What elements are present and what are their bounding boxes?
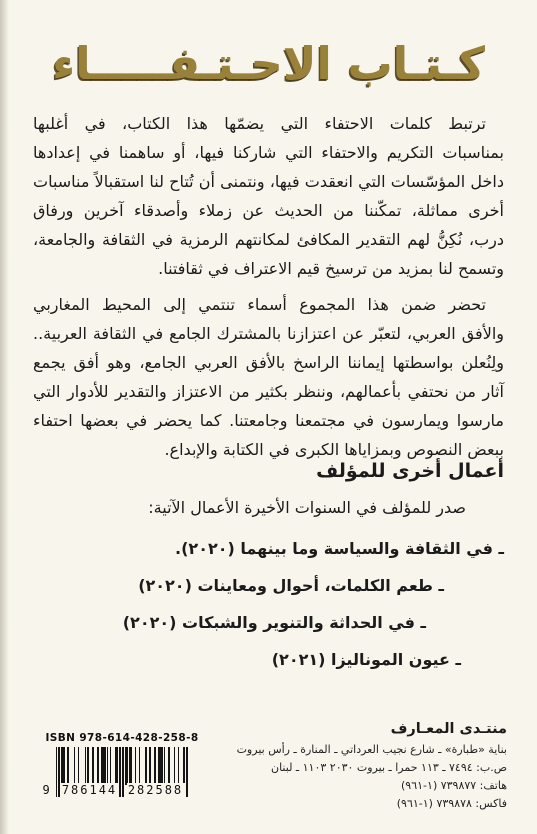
other-work-item: ـ في الثقافة والسياسة وما بينهما (٢٠٢٠).	[33, 537, 504, 560]
isbn-label: ISBN 978-614-428-258-8	[36, 732, 208, 744]
barcode-digit-group2: 282588	[127, 783, 185, 797]
description-line: آثار من نحتفي بأعمالهم، وننظر بكثير من ا…	[33, 377, 504, 406]
publisher-address-line1: بناية «طبارة» ـ شارع نجيب العرداتي ـ الم…	[233, 741, 507, 759]
publisher-fax: فاكس: ٧٣٩٨٧٨ (١-٩٦١)	[233, 795, 507, 813]
publisher-address-line2: ص.ب: ٧٤٩٤ ـ ١١٣ حمرا ـ بيروت ٢٠٣٠ ١١٠٣ ـ…	[233, 759, 507, 777]
description-line: ولِنُعلن بواسطتها إيماننا الراسخ بالأفق …	[33, 348, 504, 377]
description-line: داخل المؤسّسات التي انعقدت فيها، ونتمنى …	[33, 167, 504, 196]
description-line: بمناسبات التكريم والاحتفاء التي شاركنا ف…	[33, 138, 504, 167]
other-work-item: ـ في الحداثة والتنوير والشبكات (٢٠٢٠)	[33, 611, 426, 634]
publisher-phone: هاتف: ٧٣٩٨٧٧ (١-٩٦١)	[233, 777, 507, 795]
barcode-digits: 786144 282588	[56, 783, 189, 797]
other-work-item: ـ عيون الموناليزا (٢٠٢١)	[33, 648, 461, 671]
book-back-cover: كـتـاب الاحـتـفـــــاء ترتبط كلمات الاحت…	[0, 0, 537, 834]
description-line: ترتبط كلمات الاحتفاء التي يضمّها هذا الك…	[33, 109, 504, 138]
other-work-item: ـ طعم الكلمات، أحوال ومعاينات (٢٠٢٠)	[33, 574, 444, 597]
description: ترتبط كلمات الاحتفاء التي يضمّها هذا الك…	[33, 109, 504, 471]
book-title: كـتـاب الاحـتـفـــــاء	[0, 28, 537, 100]
description-line: وتسمح لنا بمزيد من ترسيخ قيم الاعتراف في…	[33, 254, 504, 283]
isbn-block: ISBN 978-614-428-258-8 9 786144 282588	[36, 732, 208, 799]
description-line: تحضر ضمن هذا المجموع أسماء تنتمي إلى الم…	[33, 290, 504, 319]
other-works-intro: صدر للمؤلف في السنوات الأخيرة الأعمال ال…	[33, 498, 504, 517]
description-line: درب، نُكِنُّ لهم التقدير المكافئ لمكانته…	[33, 225, 504, 254]
barcode-digit-left: 9	[43, 783, 50, 797]
publisher-block: منتـدى المعـارف بناية «طبارة» ـ شارع نجي…	[233, 721, 507, 813]
description-paragraph-2: تحضر ضمن هذا المجموع أسماء تنتمي إلى الم…	[33, 290, 504, 464]
other-works-list: ـ في الثقافة والسياسة وما بينهما (٢٠٢٠).…	[33, 537, 504, 685]
publisher-name: منتـدى المعـارف	[233, 721, 507, 737]
cover-edge-shade	[0, 0, 9, 834]
description-line: أخرى مماثلة، تمكّننا من الحديث عن زملاء …	[33, 196, 504, 225]
barcode-digit-group1: 786144	[61, 783, 119, 797]
description-line: مارسوا ويمارسون في مجتمعنا وجامعتنا. كما…	[33, 406, 504, 435]
other-works-heading: أعمال أخرى للمؤلف	[316, 460, 504, 482]
description-paragraph-1: ترتبط كلمات الاحتفاء التي يضمّها هذا الك…	[33, 109, 504, 283]
description-line: والأفق العربي، لتعبّر عن اعتزازنا بالمشت…	[33, 319, 504, 348]
isbn-barcode: 9 786144 282588	[43, 747, 202, 799]
